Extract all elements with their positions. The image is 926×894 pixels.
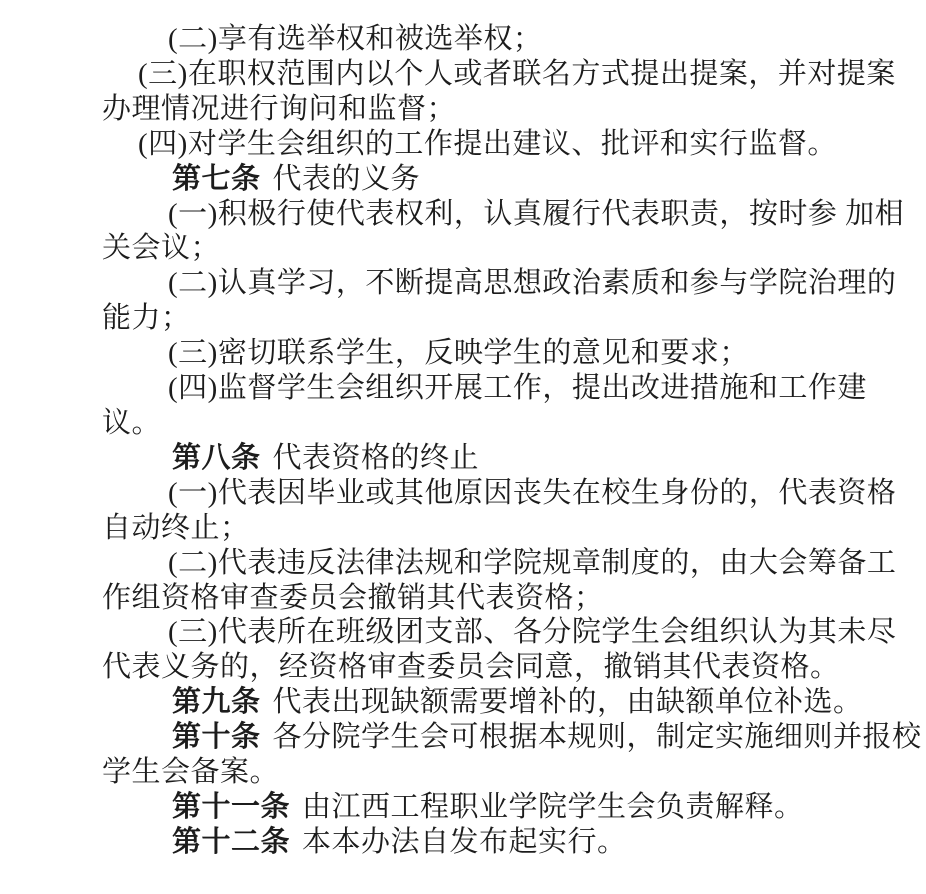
line-text: 议。 bbox=[102, 407, 161, 439]
line-text: (一)代表因毕业或其他原因丧失在校生身份的，代表资格 bbox=[168, 477, 896, 509]
article-number: 第七条 bbox=[172, 163, 261, 195]
text-line: 第十一条由江西工程职业学院学生会负责解释。 bbox=[172, 790, 892, 825]
text-line: 第七条代表的义务 bbox=[172, 162, 892, 197]
text-block: (二)享有选举权和被选举权；(三)在职权范围内以个人或者联名方式提出提案，并对提… bbox=[102, 22, 892, 860]
text-line: 作组资格审查委员会撤销其代表资格； bbox=[102, 581, 892, 616]
article-number: 第八条 bbox=[172, 442, 261, 474]
text-line: 关会议； bbox=[102, 231, 892, 266]
line-text: 学生会备案。 bbox=[102, 756, 279, 788]
line-text: (三)在职权范围内以个人或者联名方式提出提案，并对提案 bbox=[138, 58, 896, 90]
line-text: 代表资格的终止 bbox=[273, 442, 480, 474]
line-text: 各分院学生会可根据本规则，制定实施细则并报校 bbox=[273, 721, 922, 753]
article-number: 第九条 bbox=[172, 686, 261, 718]
text-line: (三)在职权范围内以个人或者联名方式提出提案，并对提案 bbox=[138, 57, 892, 92]
line-text: 代表出现缺额需要增补的，由缺额单位补选。 bbox=[273, 686, 863, 718]
text-line: (二)享有选举权和被选举权； bbox=[168, 22, 892, 57]
article-number: 第十二条 bbox=[172, 826, 290, 858]
line-text: 作组资格审查委员会撤销其代表资格； bbox=[102, 582, 604, 614]
text-line: 能力； bbox=[102, 301, 892, 336]
text-line: (四)对学生会组织的工作提出建议、批评和实行监督。 bbox=[138, 127, 892, 162]
document-page: (二)享有选举权和被选举权；(三)在职权范围内以个人或者联名方式提出提案，并对提… bbox=[0, 0, 926, 894]
line-text: 自动终止； bbox=[102, 512, 250, 544]
line-text: 办理情况进行询问和监督； bbox=[102, 93, 456, 125]
text-line: (二)认真学习，不断提高思想政治素质和参与学院治理的 bbox=[168, 266, 892, 301]
article-number: 第十一条 bbox=[172, 791, 290, 823]
line-text: (三)密切联系学生，反映学生的意见和要求； bbox=[168, 337, 749, 369]
text-line: 代表义务的，经资格审查委员会同意，撤销其代表资格。 bbox=[102, 650, 892, 685]
text-line: (一)代表因毕业或其他原因丧失在校生身份的，代表资格 bbox=[168, 476, 892, 511]
line-text: (一)积极行使代表权利，认真履行代表职责，按时参 加相 bbox=[168, 198, 904, 230]
text-line: 第八条代表资格的终止 bbox=[172, 441, 892, 476]
line-text: 本本办法自发布起实行。 bbox=[302, 826, 627, 858]
text-line: (四)监督学生会组织开展工作，提出改进措施和工作建 bbox=[168, 371, 892, 406]
text-line: 自动终止； bbox=[102, 511, 892, 546]
line-text: (四)监督学生会组织开展工作，提出改进措施和工作建 bbox=[168, 372, 867, 404]
text-line: 办理情况进行询问和监督； bbox=[102, 92, 892, 127]
text-line: (二)代表违反法律法规和学院规章制度的，由大会筹备工 bbox=[168, 546, 892, 581]
line-text: 能力； bbox=[102, 302, 191, 334]
line-text: (二)认真学习，不断提高思想政治素质和参与学院治理的 bbox=[168, 267, 896, 299]
line-text: 由江西工程职业学院学生会负责解释。 bbox=[302, 791, 804, 823]
text-line: 第九条代表出现缺额需要增补的，由缺额单位补选。 bbox=[172, 685, 892, 720]
text-line: (三)密切联系学生，反映学生的意见和要求； bbox=[168, 336, 892, 371]
line-text: (二)代表违反法律法规和学院规章制度的，由大会筹备工 bbox=[168, 547, 896, 579]
text-line: 议。 bbox=[102, 406, 892, 441]
text-line: (三)代表所在班级团支部、各分院学生会组织认为其未尽 bbox=[168, 615, 892, 650]
line-text: (二)享有选举权和被选举权； bbox=[168, 23, 542, 55]
article-number: 第十条 bbox=[172, 721, 261, 753]
line-text: 关会议； bbox=[102, 232, 220, 264]
text-line: 第十条各分院学生会可根据本规则，制定实施细则并报校 bbox=[172, 720, 892, 755]
line-text: 代表义务的，经资格审查委员会同意，撤销其代表资格。 bbox=[102, 651, 840, 683]
text-line: 第十二条本本办法自发布起实行。 bbox=[172, 825, 892, 860]
line-text: (四)对学生会组织的工作提出建议、批评和实行监督。 bbox=[138, 128, 837, 160]
text-line: 学生会备案。 bbox=[102, 755, 892, 790]
line-text: 代表的义务 bbox=[273, 163, 421, 195]
text-line: (一)积极行使代表权利，认真履行代表职责，按时参 加相 bbox=[168, 197, 892, 232]
line-text: (三)代表所在班级团支部、各分院学生会组织认为其未尽 bbox=[168, 616, 896, 648]
